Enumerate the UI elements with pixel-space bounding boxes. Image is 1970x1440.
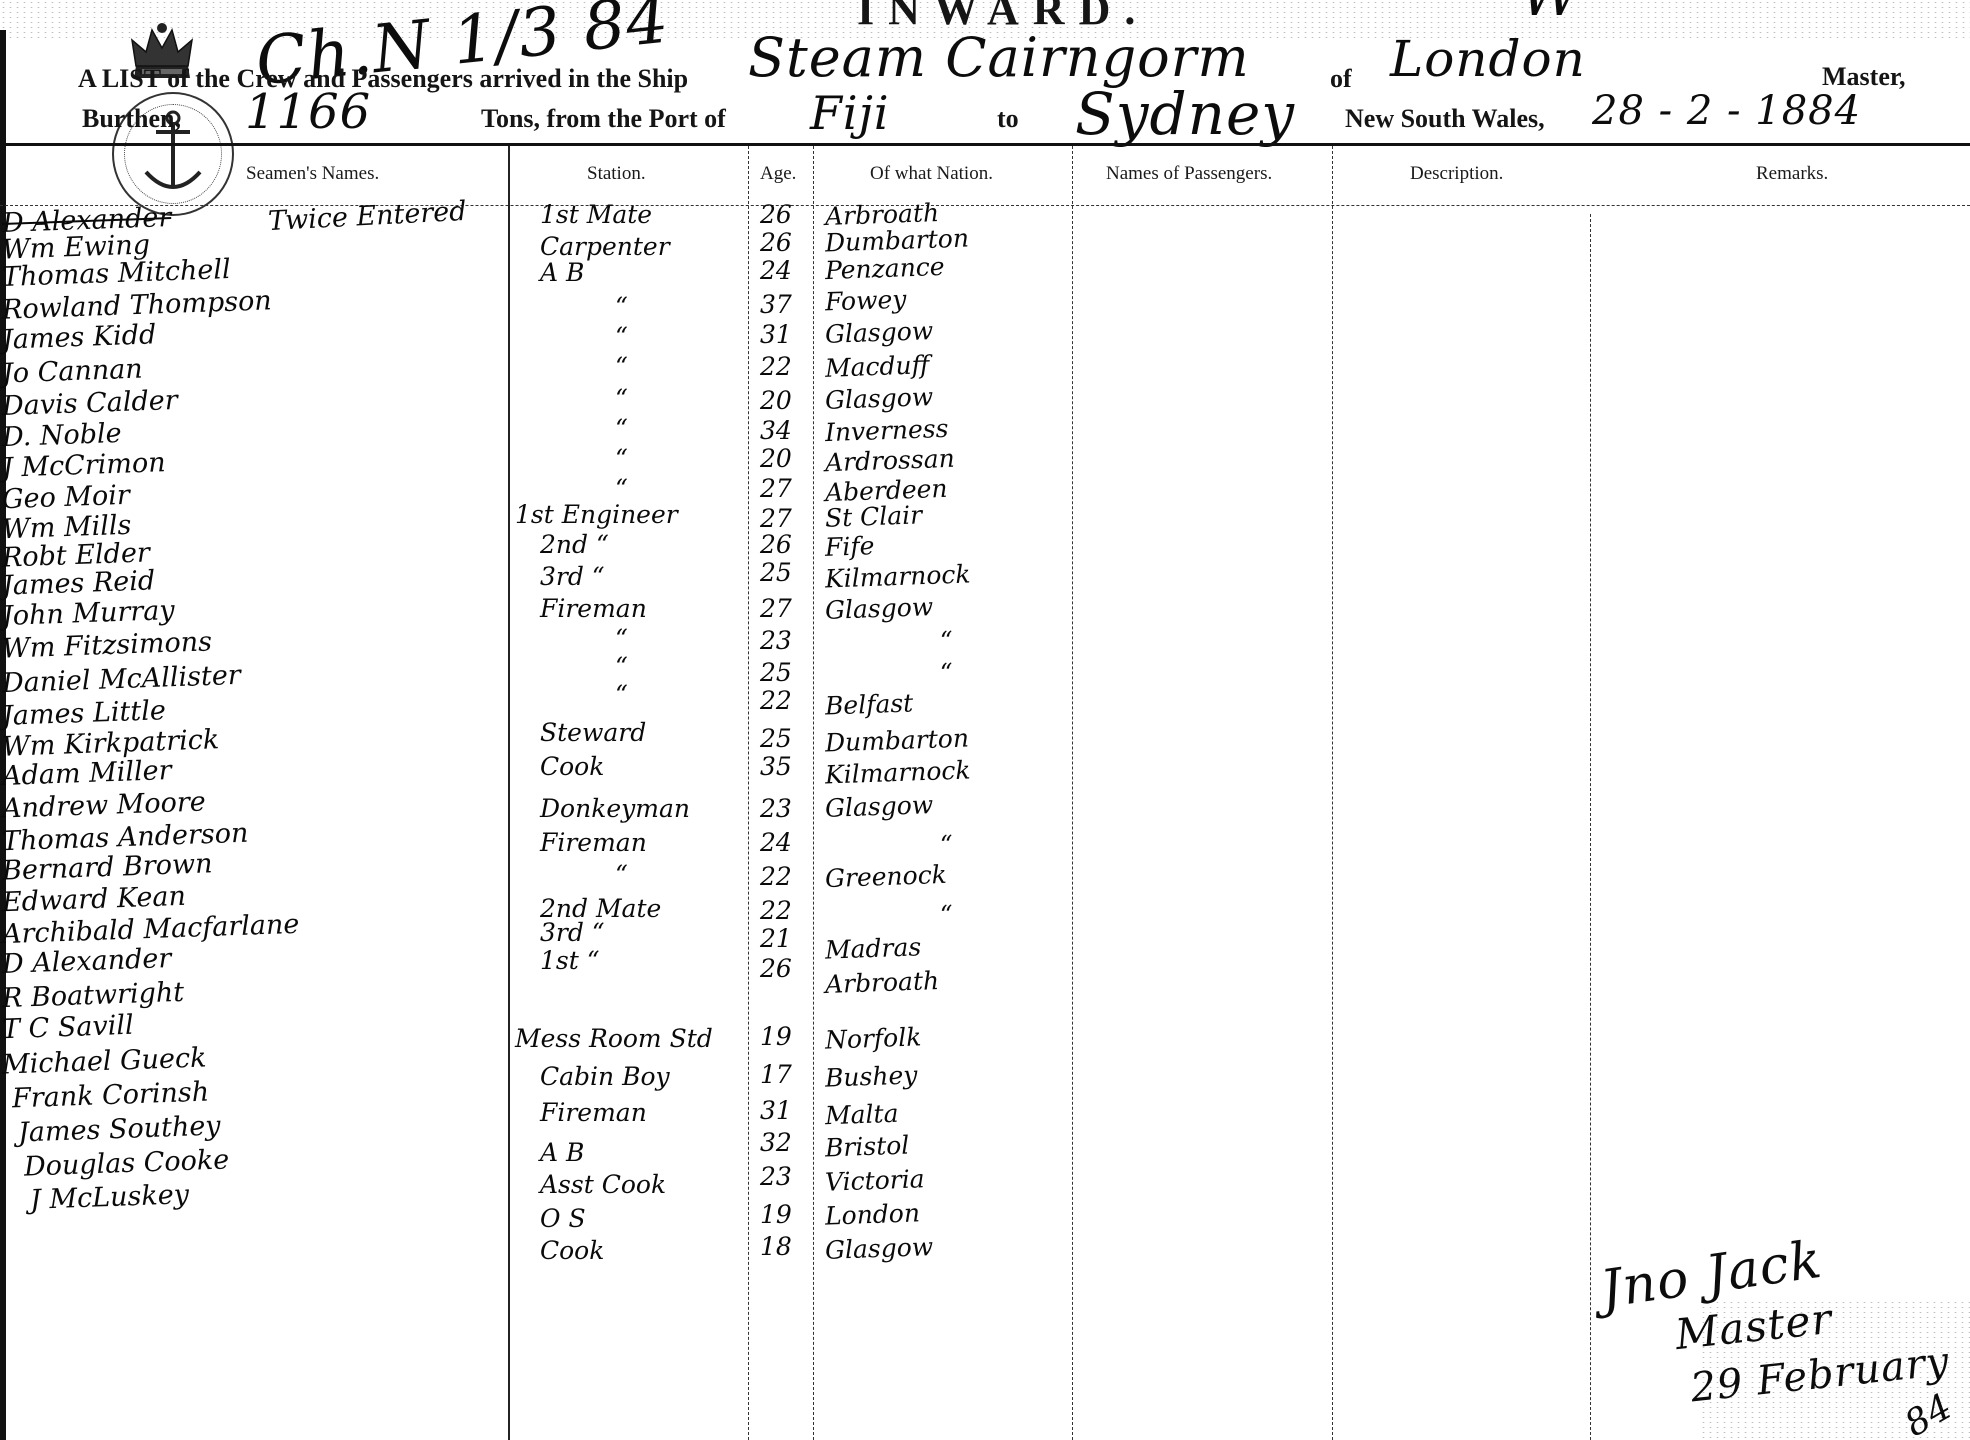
- form-burthen-label: Burthen,: [82, 104, 181, 134]
- crew-nation: “: [939, 830, 953, 859]
- crew-station: Asst Cook: [540, 1170, 666, 1199]
- crew-station: 2nd “: [540, 530, 609, 559]
- crew-age: 25: [760, 724, 792, 753]
- col-rule-remarks: [1590, 214, 1591, 1440]
- crew-station: A B: [540, 1138, 584, 1167]
- crew-nation: Glasgow: [825, 592, 934, 625]
- crew-station: “: [615, 322, 628, 351]
- crew-station: Fireman: [540, 1098, 647, 1127]
- crew-nation: Glasgow: [825, 790, 934, 823]
- crew-age: 27: [760, 474, 792, 503]
- crew-age: 26: [760, 530, 792, 559]
- crew-age: 25: [760, 658, 792, 687]
- to-port: Sydney: [1075, 80, 1295, 148]
- crew-name: Michael Gueck: [2, 1042, 207, 1080]
- crew-age: 26: [760, 200, 792, 229]
- crew-station: “: [615, 292, 628, 321]
- crew-age: 31: [760, 320, 792, 349]
- crew-name: Douglas Cooke: [24, 1144, 230, 1182]
- crew-station: “: [615, 384, 628, 413]
- from-port: Fiji: [810, 86, 890, 140]
- crew-nation: Macduff: [825, 350, 930, 383]
- crew-nation: Fowey: [825, 285, 907, 317]
- crew-age: 25: [760, 558, 792, 587]
- crew-nation: Arbroath: [825, 966, 940, 999]
- crew-station: 3rd “: [540, 562, 605, 591]
- col-header-passenger-names: Names of Passengers.: [1106, 163, 1272, 185]
- crew-name: Davis Calder: [2, 385, 179, 422]
- crew-age: 18: [760, 1232, 792, 1261]
- arrival-date: 28 - 2 - 1884: [1592, 88, 1861, 134]
- burthen-tons: 1166: [245, 84, 371, 140]
- crew-nation: “: [939, 626, 953, 655]
- crew-name: James Southey: [18, 1110, 222, 1148]
- crew-age: 22: [760, 862, 792, 891]
- crew-age: 24: [760, 256, 792, 285]
- crew-station: Carpenter: [540, 232, 670, 261]
- form-to-label: to: [997, 104, 1019, 134]
- crew-nation: Glasgow: [825, 382, 934, 415]
- crew-station: “: [615, 474, 628, 503]
- crew-name-note: Twice Entered: [267, 196, 467, 237]
- crew-nation: Inverness: [825, 414, 949, 447]
- crew-age: 23: [760, 1162, 792, 1191]
- crew-station: “: [615, 860, 628, 889]
- crew-name: Frank Corinsh: [12, 1077, 210, 1115]
- crew-nation: “: [939, 900, 953, 929]
- crew-nation: Penzance: [825, 252, 946, 285]
- crew-station: Fireman: [540, 828, 647, 857]
- col-header-description: Description.: [1410, 163, 1503, 185]
- crew-station: “: [615, 624, 628, 653]
- crew-name: Andrew Moore: [2, 786, 207, 824]
- crew-age: 22: [760, 896, 792, 925]
- crew-nation: Glasgow: [825, 1232, 934, 1265]
- col-rule-nation: [813, 146, 814, 1440]
- crew-age: 24: [760, 828, 792, 857]
- col-rule-passengers: [1072, 146, 1073, 1440]
- crew-station: Donkeyman: [540, 794, 690, 823]
- crew-name: D Alexander: [2, 943, 172, 980]
- crew-station: “: [615, 680, 628, 709]
- crew-nation: London: [825, 1198, 921, 1230]
- crew-station: A B: [540, 258, 584, 287]
- crew-age: 37: [760, 290, 792, 319]
- col-rule-description: [1332, 146, 1333, 1440]
- crew-station: “: [615, 444, 628, 473]
- crew-age: 21: [760, 924, 792, 953]
- crew-nation: Victoria: [825, 1164, 926, 1196]
- col-rule-station: [508, 146, 510, 1440]
- col-header-age: Age.: [760, 163, 796, 185]
- crew-nation: “: [939, 658, 953, 687]
- crew-name: John Murray: [2, 595, 176, 632]
- crew-age: 20: [760, 444, 792, 473]
- crew-name: J McCrimon: [2, 447, 167, 484]
- col-header-remarks: Remarks.: [1756, 163, 1828, 185]
- home-port: London: [1390, 30, 1586, 88]
- crew-name: Edward Kean: [2, 881, 187, 918]
- crew-station: 1st “: [540, 946, 600, 975]
- crew-station: Cook: [540, 752, 604, 781]
- crew-age: 27: [760, 504, 792, 533]
- crew-age: 34: [760, 416, 792, 445]
- crew-station: Cook: [540, 1236, 604, 1265]
- crew-station: “: [615, 652, 628, 681]
- crew-age: 26: [760, 228, 792, 257]
- form-line1-of: of: [1330, 64, 1352, 94]
- crew-age: 26: [760, 954, 792, 983]
- col-rule-age: [748, 146, 749, 1440]
- crew-nation: Norfolk: [825, 1022, 922, 1054]
- crew-nation: Glasgow: [825, 316, 934, 349]
- col-header-station: Station.: [587, 163, 646, 185]
- crew-nation: Belfast: [825, 688, 914, 720]
- crew-nation: Ardrossan: [825, 444, 956, 478]
- col-header-seamen-names: Seamen's Names.: [246, 163, 379, 185]
- crew-age: 35: [760, 752, 792, 781]
- crew-station: Fireman: [540, 594, 647, 623]
- col-header-nation: Of what Nation.: [870, 163, 993, 185]
- crew-name: James Kidd: [2, 319, 157, 355]
- crew-age: 27: [760, 594, 792, 623]
- crew-age: 19: [760, 1200, 792, 1229]
- crew-name: R Boatwright: [2, 977, 185, 1014]
- crew-nation: Madras: [825, 932, 922, 964]
- crew-station: “: [615, 414, 628, 443]
- form-nsw-label: New South Wales,: [1345, 104, 1545, 134]
- crew-name: T C Savill: [1, 1010, 134, 1046]
- crew-nation: Kilmarnock: [825, 755, 971, 789]
- crew-name: Daniel McAllister: [2, 660, 242, 699]
- crew-nation: Bristol: [825, 1131, 910, 1163]
- crew-age: 17: [760, 1060, 792, 1089]
- crew-nation: Kilmarnock: [825, 559, 971, 593]
- crew-nation: Malta: [825, 1099, 899, 1131]
- crew-name: Adam Miller: [2, 755, 172, 792]
- crew-nation: Greenock: [825, 860, 948, 893]
- crew-age: 23: [760, 794, 792, 823]
- crew-station: 3rd “: [540, 918, 605, 947]
- crew-nation: Dumbarton: [825, 223, 970, 257]
- crew-station: 1st Engineer: [515, 500, 678, 529]
- header-rule: [0, 143, 1970, 146]
- crew-station: O S: [540, 1204, 586, 1233]
- crew-age: 20: [760, 386, 792, 415]
- crew-station: Steward: [540, 718, 646, 747]
- crew-age: 31: [760, 1096, 792, 1125]
- crew-age: 19: [760, 1022, 792, 1051]
- crew-name: Jo Cannan: [2, 354, 144, 390]
- crew-age: 22: [760, 352, 792, 381]
- crew-age: 23: [760, 626, 792, 655]
- form-line1-prefix: A LIST of the Crew and Passengers arrive…: [78, 64, 688, 94]
- crew-name: D. Noble: [1, 418, 122, 453]
- handwritten-scribble-top-right: W: [1520, 0, 1583, 30]
- crew-station: 1st Mate: [540, 200, 652, 229]
- crew-age: 32: [760, 1128, 792, 1157]
- crew-station: Mess Room Std: [515, 1024, 713, 1053]
- crew-nation: Fife: [825, 531, 875, 562]
- crew-nation: St Clair: [825, 500, 923, 532]
- crew-name: J McLuskey: [30, 1179, 190, 1216]
- crew-name: Wm Fitzsimons: [2, 626, 213, 664]
- form-tons-from-port-label: Tons, from the Port of: [481, 104, 726, 134]
- crew-station: Cabin Boy: [540, 1062, 670, 1091]
- crew-station: “: [615, 352, 628, 381]
- crew-age: 22: [760, 686, 792, 715]
- crew-nation: Bushey: [825, 1060, 918, 1092]
- crew-nation: Dumbarton: [825, 723, 970, 757]
